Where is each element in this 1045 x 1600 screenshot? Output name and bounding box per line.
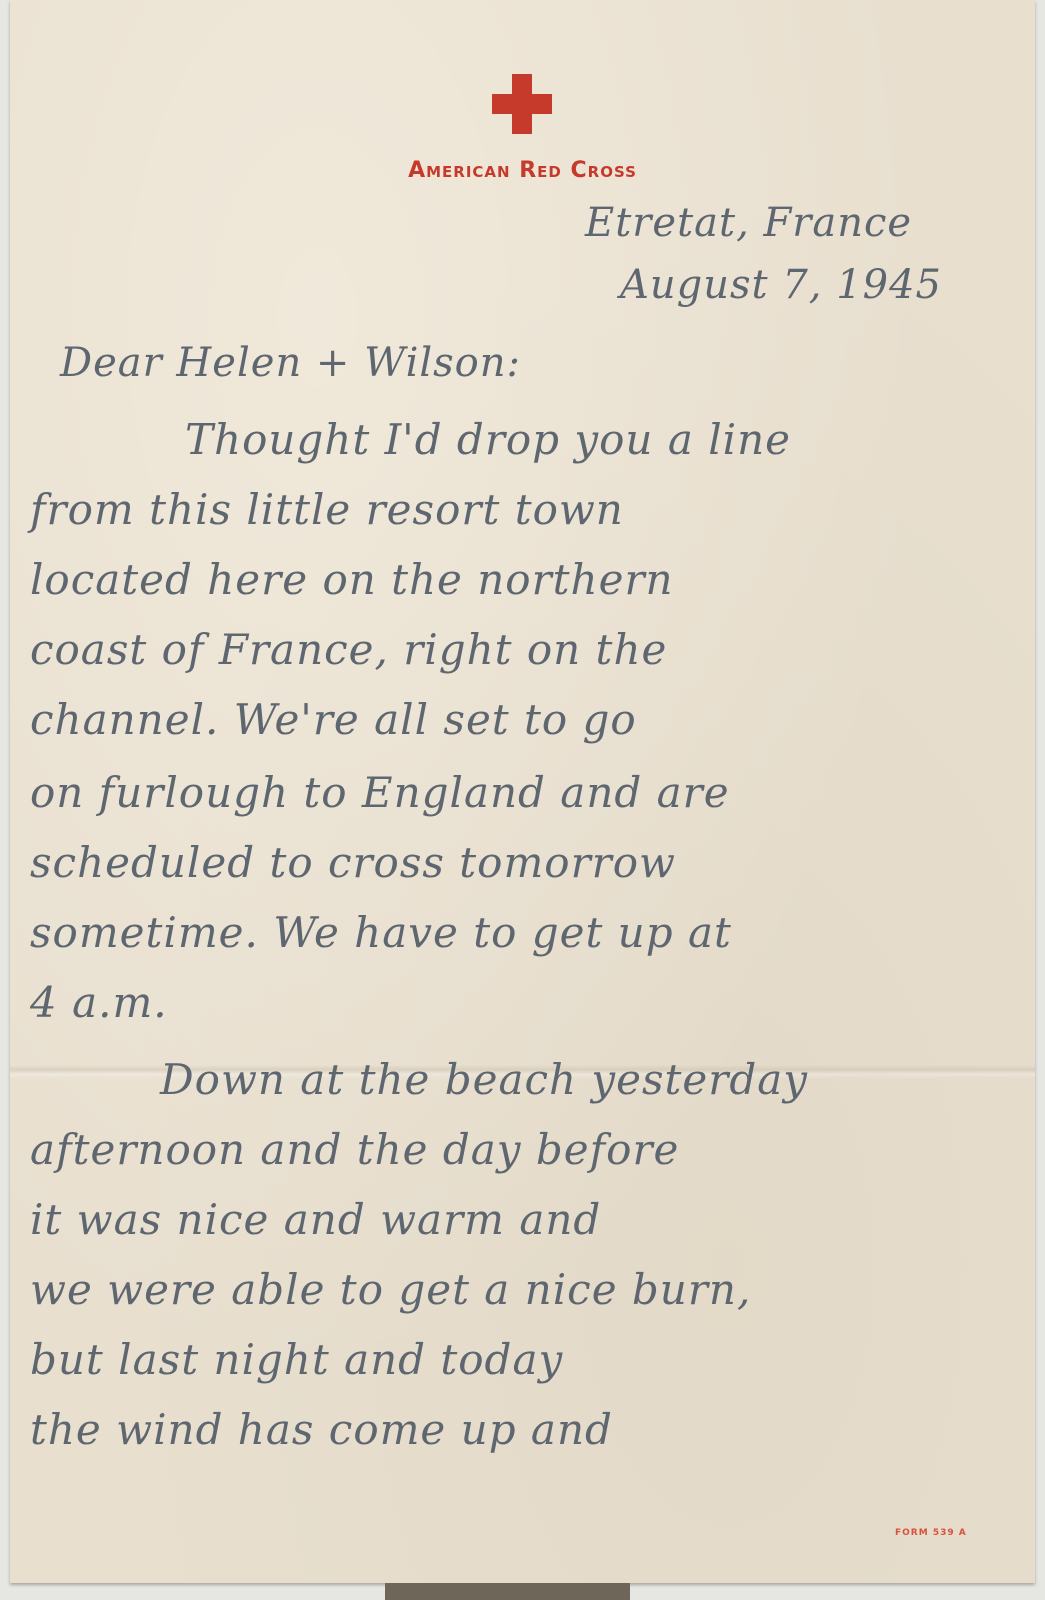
- letter-place: Etretat, France: [585, 200, 912, 246]
- body-line: coast of France, right on the: [30, 625, 667, 674]
- body-line: Thought I'd drop you a line: [185, 415, 791, 464]
- body-line: channel. We're all set to go: [30, 695, 637, 744]
- salutation: Dear Helen + Wilson:: [60, 340, 521, 386]
- red-cross-icon: [492, 74, 552, 134]
- body-line: on furlough to England and are: [30, 768, 730, 817]
- letter-page: American Red Cross Etretat, France Augus…: [10, 0, 1035, 1583]
- body-line: we were able to get a nice burn,: [30, 1265, 751, 1314]
- body-line: 4 a.m.: [30, 978, 168, 1027]
- body-line: from this little resort town: [30, 485, 624, 534]
- body-line: afternoon and the day before: [30, 1125, 679, 1174]
- binder-tab: [385, 1583, 630, 1600]
- body-line: sometime. We have to get up at: [30, 908, 732, 957]
- form-number: FORM 539 A: [895, 1528, 967, 1538]
- body-line: the wind has come up and: [30, 1405, 613, 1454]
- body-line: but last night and today: [30, 1335, 563, 1384]
- body-line: located here on the northern: [30, 555, 674, 604]
- body-line: it was nice and warm and: [30, 1195, 601, 1244]
- letter-date: August 7, 1945: [620, 262, 942, 308]
- body-line: Down at the beach yesterday: [160, 1055, 808, 1104]
- letterhead-title: American Red Cross: [10, 158, 1035, 183]
- body-line: scheduled to cross tomorrow: [30, 838, 676, 887]
